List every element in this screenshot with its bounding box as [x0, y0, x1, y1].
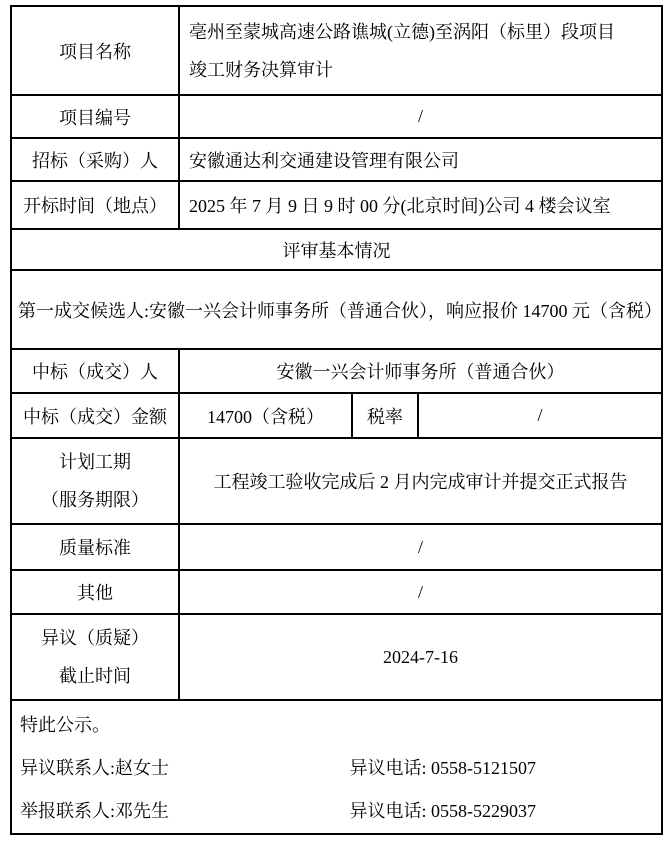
tenderer-label: 招标（采购）人 — [11, 138, 179, 181]
bid-result-table: 项目名称 亳州至蒙城高速公路谯城(立德)至涡阳（标里）段项目 竣工财务决算审计 … — [10, 5, 663, 835]
report-phone: 异议电话: 0558-5229037 — [350, 801, 537, 821]
project-name-line2: 竣工财务决算审计 — [189, 51, 661, 89]
row-amount: 中标（成交）金额 14700（含税） 税率 / — [11, 393, 662, 438]
tax-rate-label: 税率 — [352, 393, 418, 438]
row-objection-deadline: 异议（质疑） 截止时间 2024-7-16 — [11, 614, 662, 700]
objection-contact-line: 异议联系人:赵女士 异议电话: 0558-5121507 — [20, 754, 653, 780]
footer-cell: 特此公示。 异议联系人:赵女士 异议电话: 0558-5121507 举报联系人… — [11, 700, 662, 834]
objection-deadline-label: 异议（质疑） 截止时间 — [11, 614, 179, 700]
objection-contact: 异议联系人:赵女士 — [20, 754, 345, 780]
amount-label: 中标（成交）金额 — [11, 393, 179, 438]
row-winner: 中标（成交）人 安徽一兴会计师事务所（普通合伙） — [11, 349, 662, 393]
project-number-value: / — [179, 95, 662, 138]
bid-opening-value: 2025 年 7 月 9 日 9 时 00 分(北京时间)公司 4 楼会议室 — [179, 181, 662, 229]
first-candidate-text: 第一成交候选人:安徽一兴会计师事务所（普通合伙），响应报价 14700 元（含税… — [11, 270, 662, 349]
quality-value: / — [179, 524, 662, 570]
review-header: 评审基本情况 — [11, 229, 662, 270]
project-name-line1: 亳州至蒙城高速公路谯城(立德)至涡阳（标里）段项目 — [189, 13, 661, 51]
notice-text: 特此公示。 — [20, 711, 653, 737]
other-label: 其他 — [11, 570, 179, 614]
other-value: / — [179, 570, 662, 614]
schedule-label-line2: （服务期限） — [12, 481, 178, 519]
row-schedule: 计划工期 （服务期限） 工程竣工验收完成后 2 月内完成审计并提交正式报告 — [11, 438, 662, 524]
tenderer-value: 安徽通达利交通建设管理有限公司 — [179, 138, 662, 181]
objection-deadline-label-line1: 异议（质疑） — [12, 619, 178, 657]
schedule-label: 计划工期 （服务期限） — [11, 438, 179, 524]
schedule-value: 工程竣工验收完成后 2 月内完成审计并提交正式报告 — [179, 438, 662, 524]
row-project-name: 项目名称 亳州至蒙城高速公路谯城(立德)至涡阳（标里）段项目 竣工财务决算审计 — [11, 6, 662, 95]
schedule-label-line1: 计划工期 — [12, 443, 178, 481]
row-first-candidate: 第一成交候选人:安徽一兴会计师事务所（普通合伙），响应报价 14700 元（含税… — [11, 270, 662, 349]
bid-opening-label: 开标时间（地点） — [11, 181, 179, 229]
row-project-number: 项目编号 / — [11, 95, 662, 138]
objection-deadline-value: 2024-7-16 — [179, 614, 662, 700]
row-tenderer: 招标（采购）人 安徽通达利交通建设管理有限公司 — [11, 138, 662, 181]
project-name-value: 亳州至蒙城高速公路谯城(立德)至涡阳（标里）段项目 竣工财务决算审计 — [179, 6, 662, 95]
objection-phone: 异议电话: 0558-5121507 — [350, 758, 537, 778]
winner-label: 中标（成交）人 — [11, 349, 179, 393]
row-bid-opening: 开标时间（地点） 2025 年 7 月 9 日 9 时 00 分(北京时间)公司… — [11, 181, 662, 229]
announcement-page: 项目名称 亳州至蒙城高速公路谯城(立德)至涡阳（标里）段项目 竣工财务决算审计 … — [0, 0, 670, 850]
row-quality: 质量标准 / — [11, 524, 662, 570]
objection-deadline-label-line2: 截止时间 — [12, 657, 178, 695]
winner-value: 安徽一兴会计师事务所（普通合伙） — [179, 349, 662, 393]
row-review-header: 评审基本情况 — [11, 229, 662, 270]
quality-label: 质量标准 — [11, 524, 179, 570]
amount-value: 14700（含税） — [179, 393, 352, 438]
row-other: 其他 / — [11, 570, 662, 614]
project-number-label: 项目编号 — [11, 95, 179, 138]
report-contact: 举报联系人:邓先生 — [20, 797, 345, 823]
tax-rate-value: / — [418, 393, 662, 438]
row-footer: 特此公示。 异议联系人:赵女士 异议电话: 0558-5121507 举报联系人… — [11, 700, 662, 834]
project-name-label: 项目名称 — [11, 6, 179, 95]
report-contact-line: 举报联系人:邓先生 异议电话: 0558-5229037 — [20, 797, 653, 823]
